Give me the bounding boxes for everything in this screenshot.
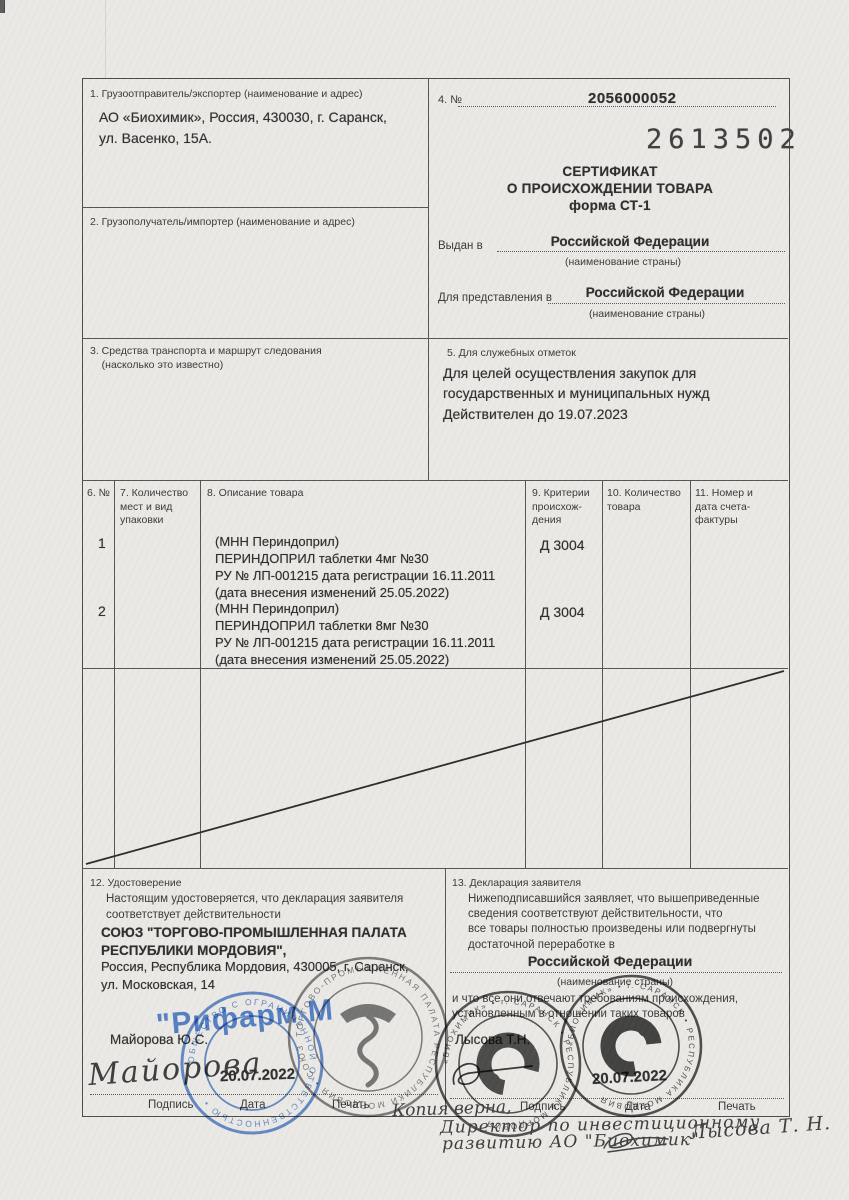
cci-stamp: ТОРГОВО-ПРОМЫШЛЕННАЯ ПАЛАТА РЕСПУБЛИКИ М… [283,952,453,1122]
box13-label: 13. Декларация заявителя [452,877,581,891]
presented-in-country: Российской Федерации [545,284,785,302]
box1-label: 1. Грузоотправитель/экспортер (наименова… [90,88,363,102]
table-row-origin-criteria: Д 3004 [540,603,585,621]
table-header-9: 9. Критерии происхож- дения [532,487,590,528]
table-top-border [82,480,788,481]
presented-country-note: (наименование страны) [552,308,742,322]
svg-text:«БИОХИМИК» • г. САРАНСК •: «БИОХИМИК» • г. САРАНСК • РЕСПУБЛИКА МОР… [566,981,696,1111]
box2-label: 2. Грузополучатель/импортер (наименовани… [90,216,355,230]
box5-text: Для целей осуществления закупок для госу… [443,363,710,424]
table-row-number: 1 [98,534,106,552]
certificate-scan-page: 1. Грузоотправитель/экспортер (наименова… [0,0,849,1200]
table-header-6: 6. № [87,487,110,501]
table-row-description: (МНН Периндоприл) ПЕРИНДОПРИЛ таблетки 8… [215,600,495,669]
table-header-8: 8. Описание товара [207,487,303,501]
table-row-description: (МНН Периндоприл) ПЕРИНДОПРИЛ таблетки 4… [215,533,495,602]
row-divider [82,338,788,339]
left-right-column-divider [428,78,429,480]
presented-in-label: Для представления в [438,291,552,306]
empty-area-strike-line [82,668,788,869]
box5-label: 5. Для служебных отметок [447,347,576,361]
box1-box2-divider [82,207,428,208]
table-header-10: 10. Количество товара [607,487,681,514]
copy-note-signature [600,1128,672,1156]
scan-fold-line [105,0,106,78]
box13-country-dotted-line [450,964,782,973]
certificate-title: СЕРТИФИКАТ О ПРОИСХОЖДЕНИИ ТОВАРА форма … [455,164,765,215]
box12-label: 12. Удостоверение [90,877,182,891]
box12-statement: Настоящим удостоверяется, что декларация… [106,892,403,923]
box3-label: 3. Средства транспорта и маршрут следова… [90,344,322,372]
blank-serial-number: 2613502 [646,122,802,157]
certificate-number: 2056000052 [588,89,676,109]
table-header-7: 7. Количество мест и вид упаковки [120,487,188,528]
box13-statement: Нижеподписавшийся заявляет, что вышеприв… [468,892,759,953]
table-row-origin-criteria: Д 3004 [540,536,585,554]
issued-country-note: (наименование страны) [528,256,718,270]
issued-in-label: Выдан в [438,239,483,254]
scan-registration-mark [0,0,4,13]
issued-in-country: Российской Федерации [505,233,755,251]
cci-caduceus-icon [340,1004,396,1085]
box1-value: АО «Биохимик», Россия, 430030, г. Саранс… [99,107,387,149]
biohimik-stamp-right: «БИОХИМИК» • г. САРАНСК • РЕСПУБЛИКА МОР… [558,973,704,1119]
table-header-11: 11. Номер и дата счета- фактуры [695,487,753,528]
table-row-number: 2 [98,602,106,620]
